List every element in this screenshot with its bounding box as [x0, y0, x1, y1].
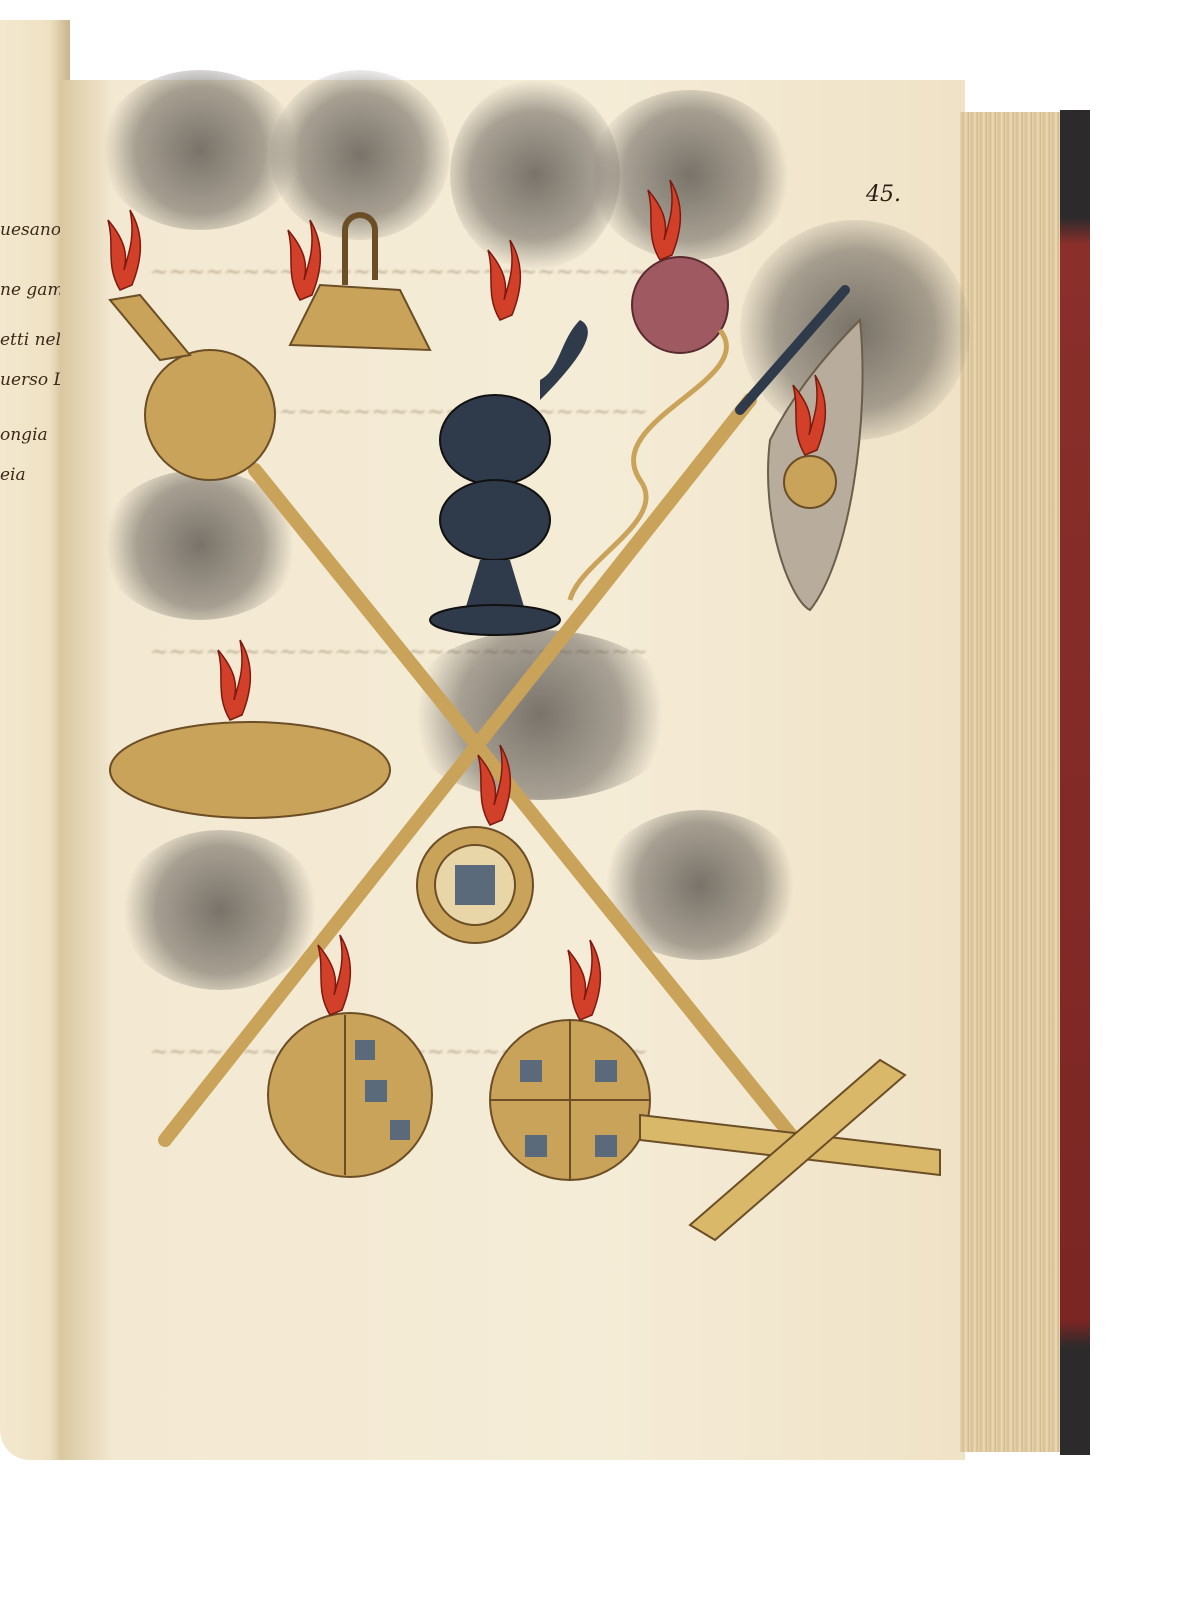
caltrop-frame-icon [640, 1060, 940, 1240]
incendiary-cylinder-icon [110, 640, 390, 818]
flaming-flask-icon [108, 210, 275, 480]
dragon-ewer-icon [430, 240, 588, 635]
quartered-sphere-icon [490, 940, 650, 1180]
page-number: 45. [866, 182, 901, 207]
grenade-roundel-icon [417, 745, 533, 943]
flaming-bell-pot-icon [288, 215, 430, 350]
illustration [0, 0, 1201, 1600]
